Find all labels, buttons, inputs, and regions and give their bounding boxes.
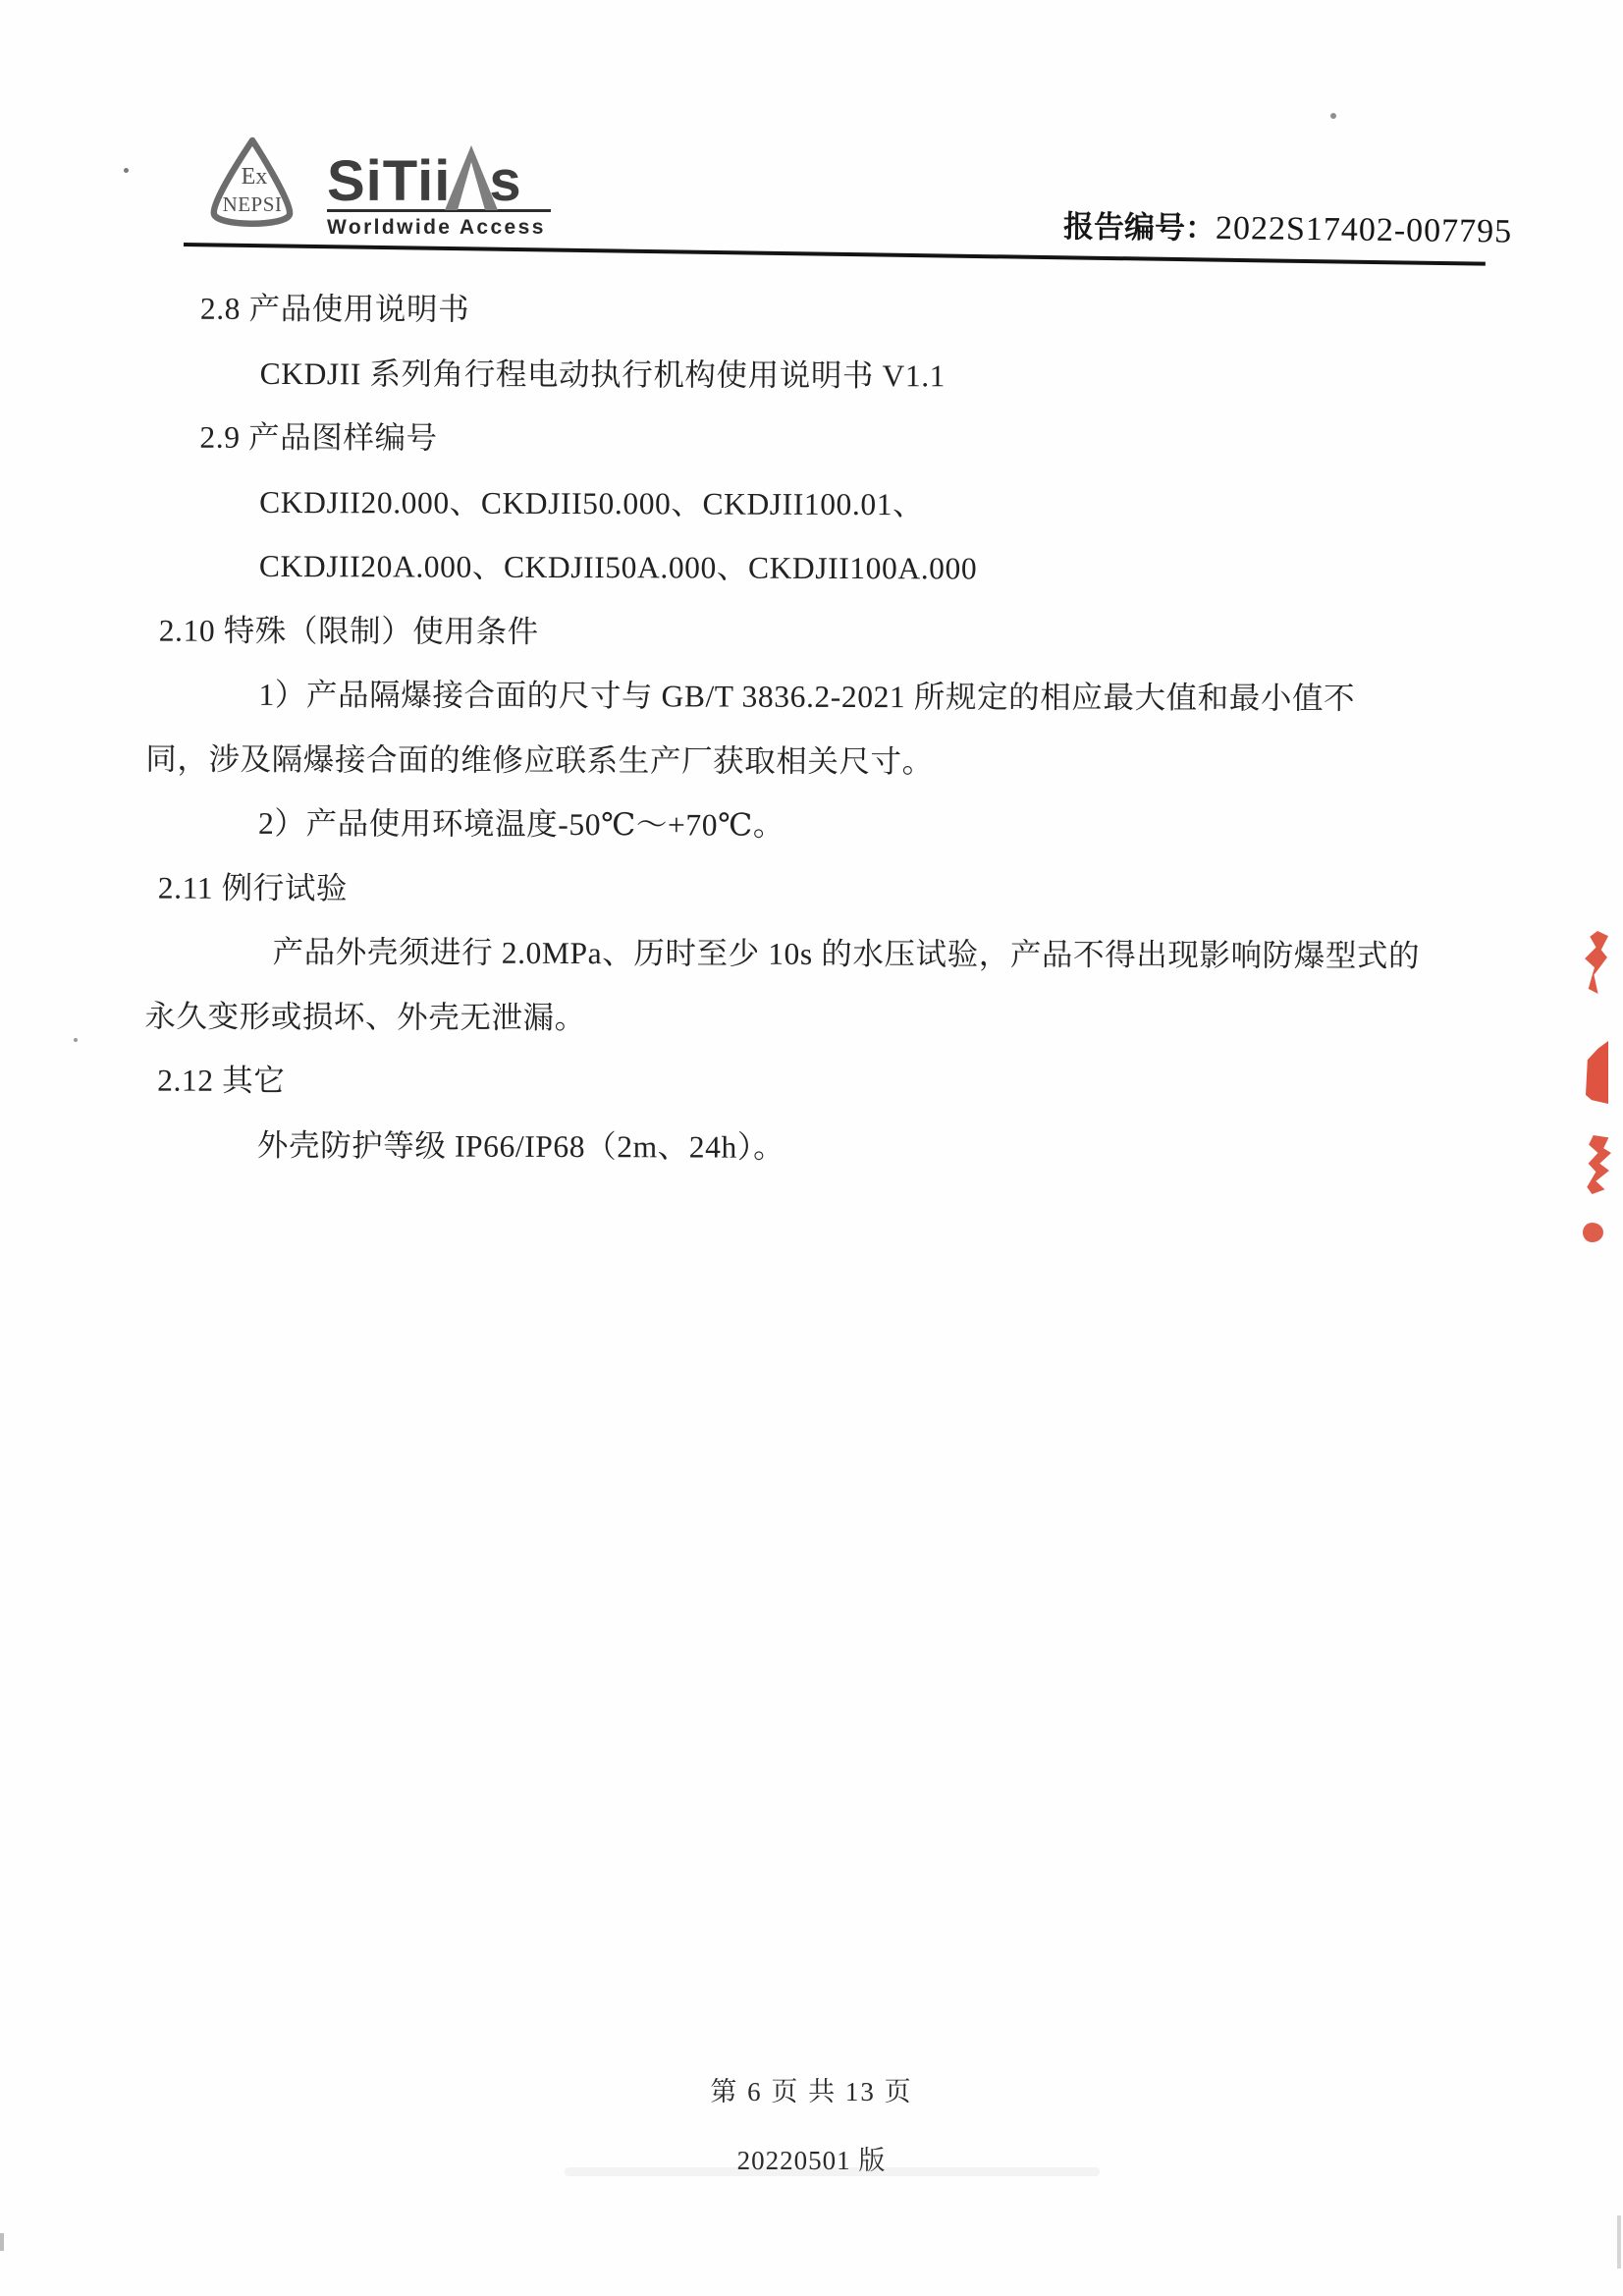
footer-page-indicator: 第 6 页 共 13 页 — [0, 2070, 1623, 2108]
nepsi-name-text: NEPSI — [223, 192, 283, 216]
report-number-label: 报告编号： — [1063, 209, 1216, 246]
text-line: CKDJII20.000、CKDJII50.000、CKDJII100.01、 — [259, 469, 1622, 538]
body-text: 2.8 产品使用说明书CKDJII 系列角行程电动执行机构使用说明书 V1.12… — [0, 276, 1623, 1182]
report-number-line: 报告编号：2022S17402-007795 — [1063, 201, 1513, 251]
scan-edge-artifact — [0, 2233, 4, 2251]
text-line: 同，涉及隔爆接合面的维修应联系生产厂获取相关尺寸。 — [145, 727, 1621, 796]
text-line: 2.9 产品图样编号 — [199, 406, 1622, 475]
scan-edge-artifact — [1617, 2215, 1621, 2269]
text-line: 2.11 例行试验 — [158, 855, 1621, 925]
scan-speck — [74, 1038, 78, 1042]
text-line: 2.8 产品使用说明书 — [200, 277, 1623, 347]
document-page: Ex NEPSI SiTiis Worldwide Access 报告编号：20… — [0, 0, 1623, 2296]
scan-speck — [124, 168, 129, 173]
text-line: 产品外壳须进行 2.0MPa、历时至少 10s 的水压试验，产品不得出现影响防爆… — [272, 920, 1620, 989]
nepsi-ex-logo: Ex NEPSI — [201, 136, 301, 234]
wordmark-s: s — [489, 149, 521, 213]
text-line: 1）产品隔爆接合面的尺寸与 GB/T 3836.2-2021 所规定的相应最大值… — [258, 663, 1621, 732]
scan-smudge — [565, 2167, 1100, 2176]
sitiias-brand: SiTiis Worldwide Access — [327, 145, 555, 240]
text-line: CKDJII 系列角行程电动执行机构使用说明书 V1.1 — [260, 341, 1623, 410]
scan-speck — [1330, 113, 1336, 119]
text-line: 2）产品使用环境温度-50℃～+70℃。 — [258, 792, 1621, 860]
text-line: 2.12 其它 — [157, 1049, 1620, 1119]
text-line: CKDJII20A.000、CKDJII50A.000、CKDJII100A.0… — [259, 534, 1622, 603]
sitiias-wordmark: SiTiis — [327, 145, 555, 208]
text-line: 永久变形或损坏、外壳无泄漏。 — [144, 984, 1620, 1054]
wordmark-sitii: SiTii — [327, 149, 451, 213]
report-number-value: 2022S17402-007795 — [1216, 210, 1513, 250]
text-line: 外壳防护等级 IP66/IP68（2m、24h）。 — [257, 1113, 1620, 1181]
text-line: 2.10 特殊（限制）使用条件 — [159, 598, 1622, 668]
red-stamp-fragment — [1583, 1223, 1603, 1242]
brand-tagline: Worldwide Access — [327, 216, 555, 240]
nepsi-ex-text: Ex — [242, 164, 268, 190]
